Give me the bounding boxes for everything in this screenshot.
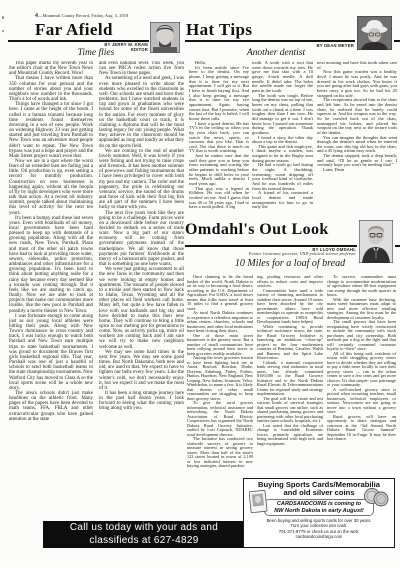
omdahl-subhead: 10 Miles for a loaf of bread [185, 258, 395, 269]
sports-cards-ad-tagline: CARDSANDCOINS is coming to NW North Dako… [264, 499, 374, 516]
sports-cards-ad-body4: cardsandcoinsfargo.com [244, 534, 394, 539]
masthead-line: 4—Mountrail County Record, Friday, Aug. … [35, 13, 128, 19]
paragraph: It has been a long strange journey here … [99, 391, 184, 412]
sports-cards-ad-tagline2: NW North Dakota in early August! [267, 508, 371, 514]
paragraph: One of those main street businesses is t… [187, 334, 253, 357]
paragraph: Among the town groceries known to have b… [187, 356, 253, 401]
paragraph: The tooth was tough. Before long the den… [252, 94, 313, 136]
paragraph: The area's schools didn't just make head… [9, 391, 93, 422]
hat-tips-column-2: tooth. A tooth with a root that went dow… [252, 61, 313, 219]
sports-cards-ad: Buying Sports Cards/Memorabilia and old … [243, 478, 395, 548]
sports-cards-ad-tagline1: CARDSANDCOINS is coming to [267, 501, 371, 507]
classifieds-ad-line1: Call us today with your ads and [43, 522, 245, 535]
omdahl-title: Omdahl's Out Look [185, 221, 329, 239]
hat-tips-column-1: Hello,It's been awhile since I've been t… [189, 61, 249, 219]
silver-coins-icon [362, 487, 390, 507]
paragraph: ing, pooling resources and other efforts… [257, 275, 323, 289]
paragraph: To survive, communities must change to a… [327, 275, 396, 298]
paragraph: The next five years look like they are g… [99, 211, 184, 268]
masthead-text: —Mountrail County Record, Friday, Aug. 3… [38, 13, 128, 18]
paragraph: The Initiative has conducted two statewi… [187, 437, 253, 469]
paragraph: With the customer base declining, main s… [327, 298, 396, 321]
far-afield-title: Far Afield [35, 20, 113, 40]
paragraph: That means I have written more than 350 … [9, 76, 93, 102]
newspaper-page: 4—Mountrail County Record, Friday, Aug. … [0, 0, 400, 567]
paragraph: I have a good dentist. He has TV's in th… [189, 122, 249, 155]
paragraph: He had a tooth go bad during the night. … [252, 163, 313, 191]
omdahl-rule-end [395, 245, 400, 247]
paragraph: All of this being said, residents of tow… [327, 352, 396, 388]
hat-tips-subhead: Another dentist [186, 48, 366, 58]
paragraph: The small grocers that have been reorgan… [327, 320, 396, 352]
paragraph: It's been a bumpy road these last seven … [9, 216, 93, 314]
hat-tips-rule-end [394, 40, 400, 42]
paragraph: Lori noted that the challenge of change … [257, 424, 323, 447]
omdahl-credential: Former lieutenant governor, UND politica… [200, 252, 356, 257]
hat-tips-rule [185, 40, 355, 42]
hat-tips-title: Hat Tips [186, 20, 252, 40]
paragraph: Rural grocers will have an opportunity t… [327, 415, 396, 442]
paragraph: As something of a nerd and geek, I was e… [99, 76, 184, 148]
paragraph: We are coming to the end of another love… [99, 149, 184, 211]
paragraph: I was fortunate enough to come along jus… [9, 314, 93, 391]
print-speck [2, 16, 4, 19]
omdahl-column-2: ing, pooling resources and other efforts… [257, 275, 323, 475]
paragraph: Later, Dean [317, 168, 397, 173]
paragraph: Now we are in a spot where the worst fea… [9, 159, 93, 216]
paragraph: The dentist stopped, took a deep breath,… [317, 154, 397, 168]
paragraph: The goal will be to create and test vari… [257, 397, 323, 424]
paragraph: We were just getting accustomed to all t… [99, 267, 184, 350]
paragraph: A friend of his contacted a local dentis… [252, 191, 313, 210]
print-speck [2, 30, 4, 32]
paragraph: You can imagine the thoughts that went t… [317, 136, 397, 155]
paragraph: Cobank, a national cooperative bank serv… [257, 361, 323, 397]
paragraph: Things have changed a lot since I got he… [9, 102, 93, 159]
paragraph: This paper marks my seventh year in the … [9, 61, 93, 76]
dean-meyer-photo [357, 16, 392, 50]
paragraph: A well-stocked grocery store is pivotal … [327, 388, 396, 415]
paragraph: Now this game warden was a healthy devil… [317, 70, 397, 98]
paragraph: Once claiming to be the bread basket of … [187, 275, 253, 311]
paragraph: We may see some hard times in the next f… [99, 350, 184, 391]
paragraph: That guy was a legend in Killdeer. He wa… [189, 187, 249, 210]
trading-card-icon [249, 489, 269, 513]
far-afield-column-1: This paper marks my seventh year in the … [9, 61, 93, 520]
omdahl-column-3: To survive, communities must change to a… [327, 275, 396, 475]
hat-tips-column-3: next morning and have this tooth taken c… [317, 61, 397, 219]
paragraph: To give the rural grocers information, t… [187, 401, 253, 437]
far-afield-subhead: Time flies [8, 48, 184, 58]
far-afield-column-2: and even national level. This week, you … [99, 61, 184, 520]
paragraph: The receptionist showed him to the chair… [317, 98, 397, 135]
paragraph: and even national level. This week, you … [99, 61, 184, 76]
classifieds-ad: Call us today with your ads and classifi… [43, 521, 245, 548]
omdahl-byline: BY LLOYD OMDAHL Former lieutenant govern… [200, 247, 356, 257]
paragraph: And he makes sure that the stuff they gi… [189, 154, 249, 187]
classifieds-ad-line2: classifieds at 627-4829 [43, 535, 245, 548]
paragraph: tooth. A tooth with a root that went dow… [252, 61, 313, 94]
sports-cards-ad-body: Been buying and selling sports cards for… [244, 518, 394, 539]
paragraph: While continuing to provide technical as… [257, 325, 323, 361]
paragraph: It's been awhile since I've been to the … [189, 66, 249, 122]
paragraph: Communities have used a wide variety of … [257, 289, 323, 325]
paragraph: This game and fish employee, I think may… [252, 145, 313, 164]
lloyd-omdahl-photo [359, 220, 393, 263]
paragraph: As rural North Dakota continues to exper… [187, 311, 253, 334]
